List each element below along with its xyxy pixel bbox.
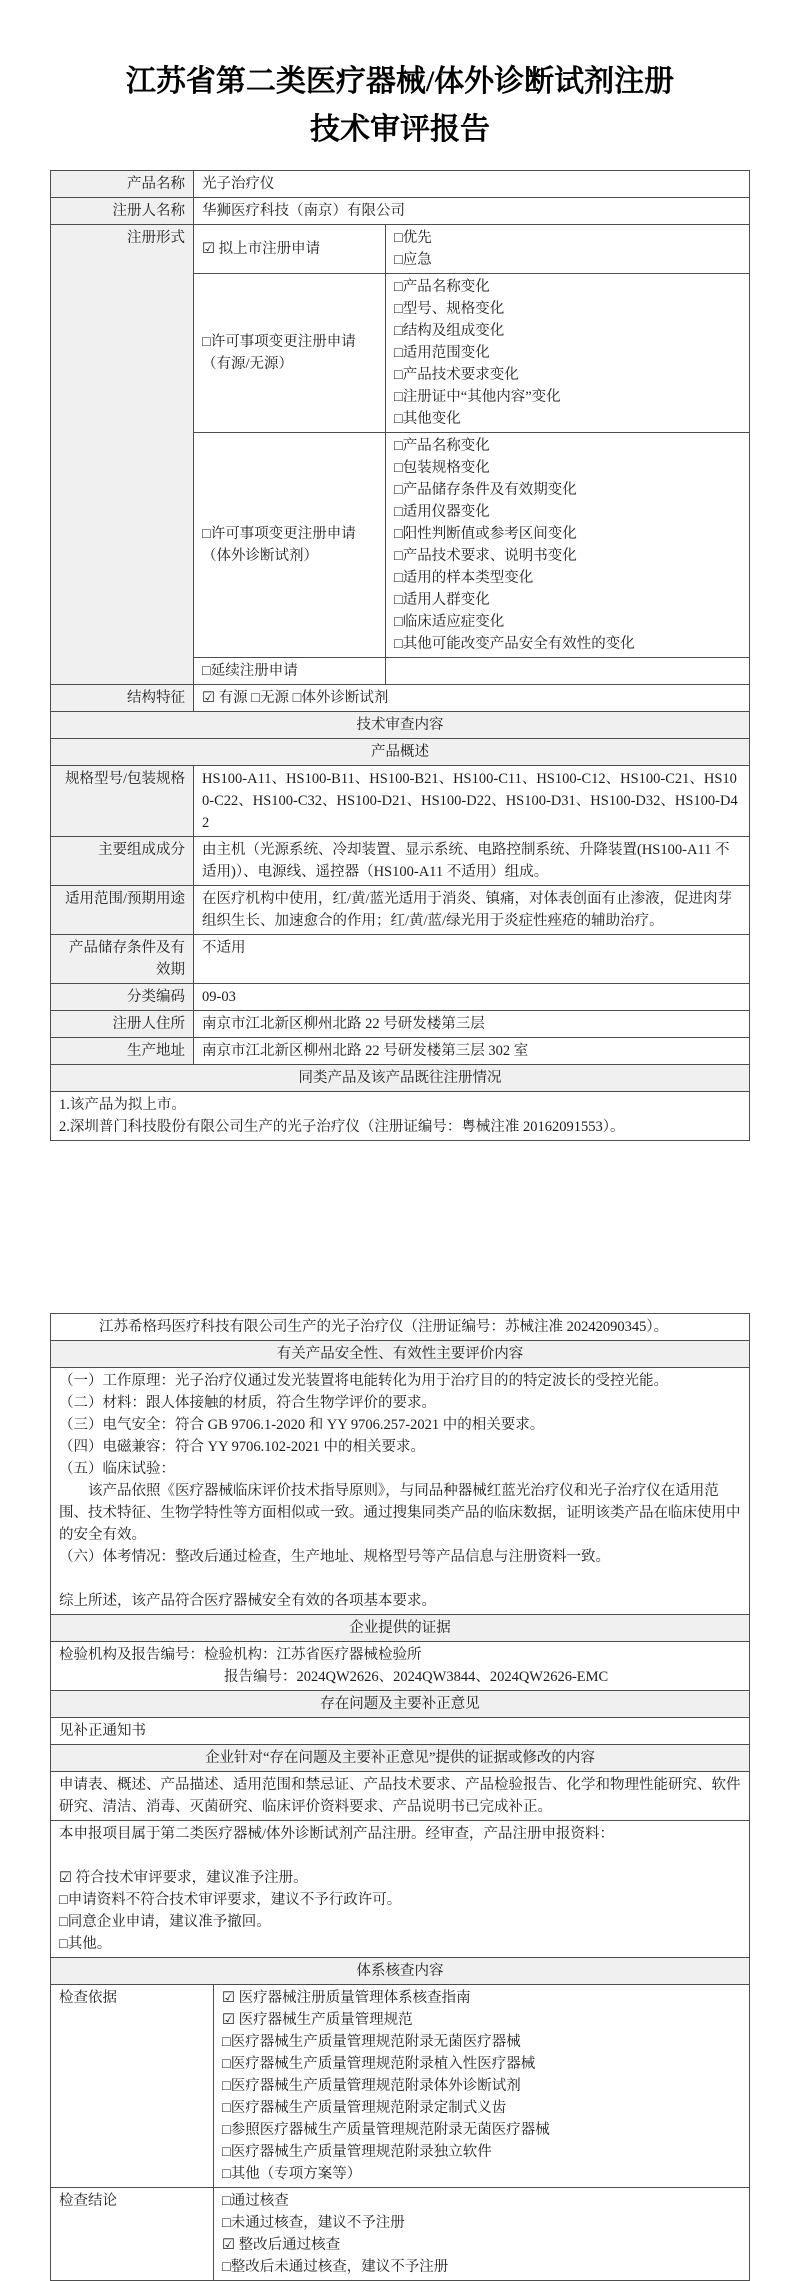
evaluation-line: （一）工作原理：光子治疗仪通过发光装置将电能转化为用于治疗目的的特定波长的受控光… [59, 1370, 741, 1392]
table-row: 本申报项目属于第二类医疗器械/体外诊断试剂产品注册。经审查，产品注册申报资料： … [51, 1821, 750, 1958]
checkbox-option: □医疗器械生产质量管理规范附录体外诊断试剂 [222, 2075, 741, 2097]
row-label: 适用范围/预期用途 [51, 886, 194, 935]
evaluation-line [59, 1568, 741, 1590]
section-header: 有关产品安全性、有效性主要评价内容 [51, 1341, 750, 1368]
section-header: 企业针对“存在问题及主要补正意见”提供的证据或修改的内容 [51, 1745, 750, 1772]
row-label: 分类编码 [51, 984, 194, 1011]
row-value: 南京市江北新区柳州北路 22 号研发楼第三层 302 室 [194, 1038, 750, 1065]
row-value: 09-03 [194, 984, 750, 1011]
review-table: 江苏希格玛医疗科技有限公司生产的光子治疗仪（注册证编号：苏械注准 2024209… [50, 1313, 750, 2281]
section-header: 企业提供的证据 [51, 1615, 750, 1642]
page-title: 江苏省第二类医疗器械/体外诊断试剂注册 技术审评报告 [0, 0, 800, 154]
checkbox-option: □其他（专项方案等） [222, 2163, 741, 2185]
empty-cell [386, 658, 750, 685]
table-row: 同类产品及该产品既往注册情况 [51, 1065, 750, 1092]
row-label: 结构特征 [51, 685, 194, 712]
table-row: 江苏希格玛医疗科技有限公司生产的光子治疗仪（注册证编号：苏械注准 2024209… [51, 1314, 750, 1341]
row-label: 产品储存条件及有效期 [51, 935, 194, 984]
response-value: 申请表、概述、产品描述、适用范围和禁忌证、产品技术要求、产品检验报告、化学和物理… [51, 1772, 750, 1821]
checkbox-option: □产品名称变化 [394, 435, 741, 457]
checkbox-option: □参照医疗器械生产质量管理规范附录无菌医疗器械 [222, 2119, 741, 2141]
checkbox-option: □其他可能改变产品安全有效性的变化 [394, 633, 741, 655]
evaluation-line: （二）材料：跟人体接触的材质，符合生物学评价的要求。 [59, 1392, 741, 1414]
page-title-line1: 江苏省第二类医疗器械/体外诊断试剂注册 [0, 58, 800, 106]
row-value: 华狮医疗科技（南京）有限公司 [194, 198, 750, 225]
table-row: 结构特征 ☑ 有源 □无源 □体外诊断试剂 [51, 685, 750, 712]
history-item: 2.深圳普门科技股份有限公司生产的光子治疗仪（注册证编号：粤械注准 201620… [59, 1116, 741, 1138]
conclusion-intro: 本申报项目属于第二类医疗器械/体外诊断试剂产品注册。经审查，产品注册申报资料： [59, 1823, 741, 1845]
checkbox-option: □同意企业申请，建议准予撤回。 [59, 1911, 741, 1933]
checkbox-option: □包装规格变化 [394, 457, 741, 479]
section-header: 存在问题及主要补正意见 [51, 1691, 750, 1718]
issues-value: 见补正通知书 [51, 1718, 750, 1745]
evaluation-line: 综上所述，该产品符合医疗器械安全有效的各项基本要求。 [59, 1590, 741, 1612]
table-row: （一）工作原理：光子治疗仪通过发光装置将电能转化为用于治疗目的的特定波长的受控光… [51, 1368, 750, 1615]
table-row: 检查依据 ☑ 医疗器械注册质量管理体系核查指南 ☑ 医疗器械生产质量管理规范 □… [51, 1985, 750, 2188]
inspection-cell: 检验机构及报告编号：检验机构：江苏省医疗器械检验所 报告编号：2024QW262… [51, 1642, 750, 1691]
checkbox-option: □医疗器械生产质量管理规范附录独立软件 [222, 2141, 741, 2163]
inspection-report-numbers: 报告编号：2024QW2626、2024QW3844、2024QW2626-EM… [224, 1666, 741, 1688]
table-row: 申请表、概述、产品描述、适用范围和禁忌证、产品技术要求、产品检验报告、化学和物理… [51, 1772, 750, 1821]
table-row: 规格型号/包装规格 HS100-A11、HS100-B11、HS100-B21、… [51, 766, 750, 837]
checkbox-option: □适用人群变化 [394, 589, 741, 611]
checkbox-option: □许可事项变更注册申请 （有源/无源） [194, 274, 386, 433]
checkbox-option: □医疗器械生产质量管理规范附录定制式义齿 [222, 2097, 741, 2119]
checkbox-option: □其他。 [59, 1933, 741, 1955]
evaluation-line: （三）电气安全：符合 GB 9706.1-2020 和 YY 9706.257-… [59, 1414, 741, 1436]
evaluation-line: 该产品依照《医疗器械临床评价技术指导原则》，与同品种器械红蓝光治疗仪和光子治疗仪… [59, 1480, 741, 1546]
table-row: 产品名称 光子治疗仪 [51, 171, 750, 198]
checkbox-option: □临床适应症变化 [394, 611, 741, 633]
conclusion-cell: 本申报项目属于第二类医疗器械/体外诊断试剂产品注册。经审查，产品注册申报资料： … [51, 1821, 750, 1958]
table-row: 存在问题及主要补正意见 [51, 1691, 750, 1718]
report-page: 江苏省第二类医疗器械/体外诊断试剂注册 技术审评报告 产品名称 光子治疗仪 注册… [0, 0, 800, 2281]
inspection-agency: 检验机构及报告编号：检验机构：江苏省医疗器械检验所 [59, 1644, 741, 1666]
checkbox-option: □产品名称变化 [394, 276, 741, 298]
table-row: 技术审查内容 [51, 712, 750, 739]
checkbox-group: □产品名称变化 □包装规格变化 □产品储存条件及有效期变化 □适用仪器变化 □阳… [386, 433, 750, 658]
row-label: 主要组成成分 [51, 837, 194, 886]
checkbox-group: □通过核查 □未通过核查，建议不予注册 ☑ 整改后通过核查 □整改后未通过核查，… [214, 2188, 750, 2281]
table-row: 体系核查内容 [51, 1958, 750, 1985]
section-header: 技术审查内容 [51, 712, 750, 739]
table-row: 生产地址 南京市江北新区柳州北路 22 号研发楼第三层 302 室 [51, 1038, 750, 1065]
table-row: 企业提供的证据 [51, 1615, 750, 1642]
row-label: 检查依据 [51, 1985, 214, 2188]
history-item: 1.该产品为拟上市。 [59, 1094, 741, 1116]
table-row: 有关产品安全性、有效性主要评价内容 [51, 1341, 750, 1368]
checkbox-option: □型号、规格变化 [394, 298, 741, 320]
checkbox-option: □未通过核查，建议不予注册 [222, 2212, 741, 2234]
row-value: ☑ 有源 □无源 □体外诊断试剂 [194, 685, 750, 712]
row-label: 产品名称 [51, 171, 194, 198]
section-header: 产品概述 [51, 739, 750, 766]
table-row: 见补正通知书 [51, 1718, 750, 1745]
table-row: 适用范围/预期用途 在医疗机构中使用，红/黄/蓝光适用于消炎、镇痛，对体表创面有… [51, 886, 750, 935]
checkbox-option: □适用的样本类型变化 [394, 567, 741, 589]
checkbox-option: □产品技术要求、说明书变化 [394, 545, 741, 567]
checkbox-option: □优先 [394, 227, 741, 249]
table-row: 1.该产品为拟上市。 2.深圳普门科技股份有限公司生产的光子治疗仪（注册证编号：… [51, 1092, 750, 1141]
row-value: 在医疗机构中使用，红/黄/蓝光适用于消炎、镇痛，对体表创面有止渗液，促进肉芽组织… [194, 886, 750, 935]
table-row: 分类编码 09-03 [51, 984, 750, 1011]
checkbox-option: □阳性判断值或参考区间变化 [394, 523, 741, 545]
overview-table: 产品名称 光子治疗仪 注册人名称 华狮医疗科技（南京）有限公司 注册形式 ☑ 拟… [50, 170, 750, 1141]
checkbox-option: □其他变化 [394, 408, 741, 430]
checkbox-option: □医疗器械生产质量管理规范附录无菌医疗器械 [222, 2031, 741, 2053]
checkbox-option: □应急 [394, 249, 741, 271]
table-row: 产品概述 [51, 739, 750, 766]
table-row: 检验机构及报告编号：检验机构：江苏省医疗器械检验所 报告编号：2024QW262… [51, 1642, 750, 1691]
section-header: 同类产品及该产品既往注册情况 [51, 1065, 750, 1092]
checkbox-option: □适用范围变化 [394, 342, 741, 364]
checkbox-option: □结构及组成变化 [394, 320, 741, 342]
evaluation-line: （四）电磁兼容：符合 YY 9706.102-2021 中的相关要求。 [59, 1436, 741, 1458]
row-label: 注册人名称 [51, 198, 194, 225]
row-label: 注册形式 [51, 225, 194, 685]
row-value: HS100-A11、HS100-B11、HS100-B21、HS100-C11、… [194, 766, 750, 837]
row-label: 生产地址 [51, 1038, 194, 1065]
checkbox-option: □申请资料不符合技术审评要求，建议不予行政许可。 [59, 1889, 741, 1911]
checkbox-group: □优先 □应急 [386, 225, 750, 274]
checkbox-group: □产品名称变化 □型号、规格变化 □结构及组成变化 □适用范围变化 □产品技术要… [386, 274, 750, 433]
checkbox-option: □整改后未通过核查，建议不予注册 [222, 2256, 741, 2278]
table-row: 主要组成成分 由主机（光源系统、冷却装置、显示系统、电路控制系统、升降装置(HS… [51, 837, 750, 886]
checkbox-option: □适用仪器变化 [394, 501, 741, 523]
section-header: 体系核查内容 [51, 1958, 750, 1985]
history-cell: 1.该产品为拟上市。 2.深圳普门科技股份有限公司生产的光子治疗仪（注册证编号：… [51, 1092, 750, 1141]
row-value: 南京市江北新区柳州北路 22 号研发楼第三层 [194, 1011, 750, 1038]
row-label: 注册人住所 [51, 1011, 194, 1038]
table-row: 检查结论 □通过核查 □未通过核查，建议不予注册 ☑ 整改后通过核查 □整改后未… [51, 2188, 750, 2281]
table-row: 注册人住所 南京市江北新区柳州北路 22 号研发楼第三层 [51, 1011, 750, 1038]
table-row: 企业针对“存在问题及主要补正意见”提供的证据或修改的内容 [51, 1745, 750, 1772]
checkbox-option: □通过核查 [222, 2190, 741, 2212]
evaluation-cell: （一）工作原理：光子治疗仪通过发光装置将电能转化为用于治疗目的的特定波长的受控光… [51, 1368, 750, 1615]
history-continued: 江苏希格玛医疗科技有限公司生产的光子治疗仪（注册证编号：苏械注准 2024209… [51, 1314, 750, 1341]
checkbox-option: □医疗器械生产质量管理规范附录植入性医疗器械 [222, 2053, 741, 2075]
checkbox-option: ☑ 医疗器械注册质量管理体系核查指南 [222, 1987, 741, 2009]
checkbox-option: □注册证中“其他内容”变化 [394, 386, 741, 408]
checkbox-group: ☑ 医疗器械注册质量管理体系核查指南 ☑ 医疗器械生产质量管理规范 □医疗器械生… [214, 1985, 750, 2188]
table-row: 产品储存条件及有效期 不适用 [51, 935, 750, 984]
evaluation-line: （五）临床试验： [59, 1458, 741, 1480]
page-title-line2: 技术审评报告 [0, 106, 800, 154]
checkbox-option: ☑ 拟上市注册申请 [194, 225, 386, 274]
checkbox-option: □产品技术要求变化 [394, 364, 741, 386]
evaluation-line: （六）体考情况：整改后通过检查，生产地址、规格型号等产品信息与注册资料一致。 [59, 1546, 741, 1568]
checkbox-option: ☑ 符合技术审评要求，建议准予注册。 [59, 1867, 741, 1889]
row-label: 规格型号/包装规格 [51, 766, 194, 837]
checkbox-option: □产品储存条件及有效期变化 [394, 479, 741, 501]
table-row: 注册形式 ☑ 拟上市注册申请 □优先 □应急 [51, 225, 750, 274]
row-label: 检查结论 [51, 2188, 214, 2281]
blank-line [59, 1845, 741, 1867]
checkbox-option: □许可事项变更注册申请 （体外诊断试剂） [194, 433, 386, 658]
checkbox-option: □延续注册申请 [194, 658, 386, 685]
row-value: 不适用 [194, 935, 750, 984]
row-value: 由主机（光源系统、冷却装置、显示系统、电路控制系统、升降装置(HS100-A11… [194, 837, 750, 886]
checkbox-option: ☑ 医疗器械生产质量管理规范 [222, 2009, 741, 2031]
row-value: 光子治疗仪 [194, 171, 750, 198]
table-row: 注册人名称 华狮医疗科技（南京）有限公司 [51, 198, 750, 225]
checkbox-option: ☑ 整改后通过核查 [222, 2234, 741, 2256]
